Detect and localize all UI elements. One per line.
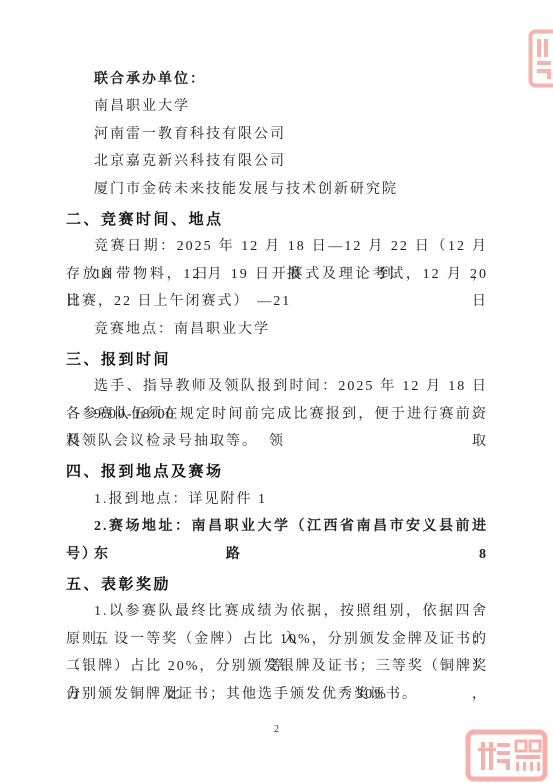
section-heading: 五、表彰奖励 [66, 571, 488, 598]
document-body: 联合承办单位：南昌职业大学河南雷一教育科技有限公司北京嘉克新兴科技有限公司厦门市… [66, 66, 488, 708]
text-line: 1.报到地点：详见附件 1 [66, 486, 488, 513]
section-heading: 二、竞赛时间、地点 [66, 206, 488, 233]
text-line: 1.以参赛队最终比赛成绩为依据，按照组别，依据四舍五入的 [66, 598, 488, 625]
text-line: 联合承办单位： [66, 66, 488, 93]
text-line: （银牌）占比 20%，分别颁发银牌及证书；三等奖（铜牌）占比 30%， [66, 653, 488, 680]
text-line: 厦门市金砖未来技能发展与技术创新研究院 [66, 176, 488, 203]
seal-watermark-icon [465, 729, 548, 782]
text-line: 选手、指导教师及领队报到时间：2025 年 12 月 18 日 9:00-18:… [66, 373, 488, 400]
text-line: 各参赛队伍须在规定时间前完成比赛报到，便于进行赛前资料领取 [66, 401, 488, 428]
text-line: 竞赛地点：南昌职业大学 [66, 316, 488, 343]
text-line: 存放自带物料，12 月 19 日开赛式及理论考试，12 月 20 日—21 日 [66, 261, 488, 288]
text-line: 竞赛日期：2025 年 12 月 18 日—12 月 22 日（12 月 18 … [66, 233, 488, 260]
text-line: 2.赛场地址：南昌职业大学（江西省南昌市安义县前进东路 8 [66, 513, 488, 540]
text-line: 河南雷一教育科技有限公司 [66, 121, 488, 148]
section-heading: 三、报到时间 [66, 346, 488, 373]
text-line: 南昌职业大学 [66, 93, 488, 120]
text-line: 原则，设一等奖（金牌）占比 10%，分别颁发金牌及证书；二等奖 [66, 626, 488, 653]
seal-watermark-top-icon [528, 29, 553, 88]
section-heading: 四、报到地点及赛场 [66, 458, 488, 485]
text-line: 北京嘉克新兴科技有限公司 [66, 148, 488, 175]
document-page: 联合承办单位：南昌职业大学河南雷一教育科技有限公司北京嘉克新兴科技有限公司厦门市… [0, 0, 553, 783]
